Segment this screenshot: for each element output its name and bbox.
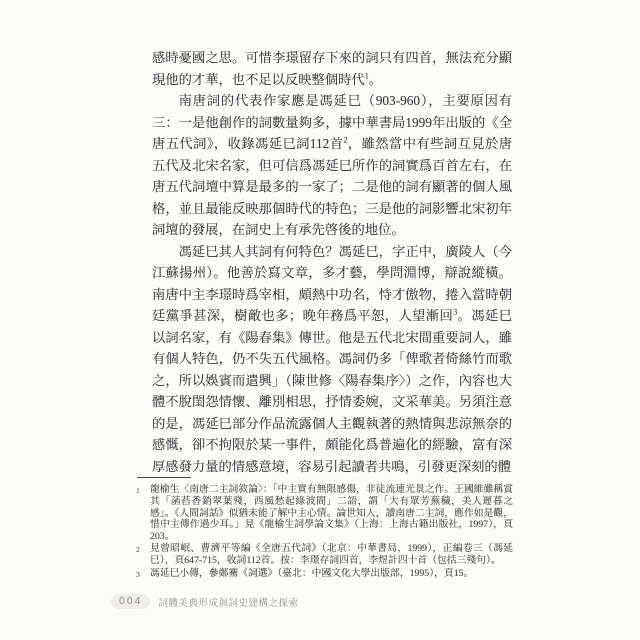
paragraph: 南唐詞的代表作家應是馮延巳（903-960），主要原因有三：一是他創作的詞數量夠… — [152, 90, 512, 241]
page-footer: 004 詞體美典形成與詞史建構之探索 — [111, 594, 299, 609]
footnote-ref: 3 — [453, 308, 457, 317]
footnotes: 1龍榆生〈南唐二主詞敘論〉：「中主實有無限感傷，非徒流連光景之作。王國維雖稱賞其… — [136, 484, 513, 580]
footnote: 1龍榆生〈南唐二主詞敘論〉：「中主實有無限感傷，非徒流連光景之作。王國維雖稱賞其… — [136, 484, 513, 543]
footnote-text: 龍榆生〈南唐二主詞敘論〉：「中主實有無限感傷，非徒流連光景之作。王國維雖稱賞其「… — [150, 484, 513, 543]
paragraph: 馮延巳其人其詞有何特色？馮延巳，字正中，廣陵人（今江蘇揚州）。他善於寫文章，多才… — [152, 241, 512, 478]
book-page: 感時憂國之思。可惜李璟留存下來的詞只有四首，無法充分顯現他的才華，也不足以反映整… — [0, 0, 640, 640]
paragraph: 感時憂國之思。可惜李璟留存下來的詞只有四首，無法充分顯現他的才華，也不足以反映整… — [152, 47, 512, 90]
footnote-number: 1 — [136, 484, 150, 543]
page-number: 004 — [111, 594, 150, 609]
footnote-ref: 1 — [365, 71, 369, 80]
footnote-ref: 2 — [343, 136, 347, 145]
footnote: 3馮延巳小傳，參鄭騫《詞選》（臺北：中國文化大學出版部，1995），頁15。 — [136, 568, 513, 580]
footnote-text: 馮延巳小傳，參鄭騫《詞選》（臺北：中國文化大學出版部，1995），頁15。 — [150, 568, 513, 580]
body-text: 感時憂國之思。可惜李璟留存下來的詞只有四首，無法充分顯現他的才華，也不足以反映整… — [152, 47, 512, 477]
book-title: 詞體美典形成與詞史建構之探索 — [159, 595, 299, 609]
footnote-number: 3 — [136, 568, 150, 580]
footnote-text: 見曾昭岷、曹濟平等編《全唐五代詞》（北京：中華書局，1999），正編卷三（馮延巳… — [150, 543, 513, 567]
footnote: 2見曾昭岷、曹濟平等編《全唐五代詞》（北京：中華書局，1999），正編卷三（馮延… — [136, 543, 513, 567]
footnote-separator — [137, 477, 191, 478]
footnote-number: 2 — [136, 543, 150, 567]
